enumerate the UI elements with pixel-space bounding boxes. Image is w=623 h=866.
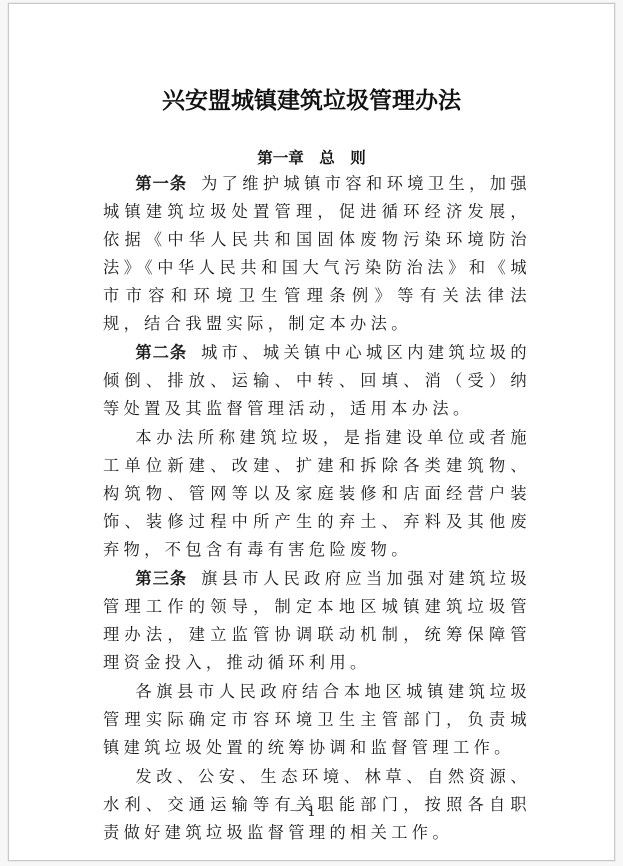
article-paragraph: 第二条城市、城关镇中心城区内建筑垃圾的倾倒、排放、运输、中转、回填、消（受）纳等… xyxy=(103,339,531,423)
article-number: 第三条 xyxy=(135,569,187,588)
body-paragraph: 各旗县市人民政府结合本地区城镇建筑垃圾管理实际确定市容环境卫生主管部门，负责城镇… xyxy=(103,678,531,762)
document-body: 第一条为了维护城镇市容和环境卫生，加强城镇建筑垃圾处置管理，促进循环经济发展，依… xyxy=(103,170,531,848)
chapter-heading: 第一章 总 则 xyxy=(9,146,614,168)
document-title: 兴安盟城镇建筑垃圾管理办法 xyxy=(9,82,614,115)
article-number: 第二条 xyxy=(135,343,187,362)
document-page: 兴安盟城镇建筑垃圾管理办法 第一章 总 则 第一条为了维护城镇市容和环境卫生，加… xyxy=(8,3,615,861)
article-number: 第一条 xyxy=(135,174,187,193)
article-paragraph: 第一条为了维护城镇市容和环境卫生，加强城镇建筑垃圾处置管理，促进循环经济发展，依… xyxy=(103,170,531,338)
body-paragraph: 本办法所称建筑垃圾，是指建设单位或者施工单位新建、改建、扩建和拆除各类建筑物、构… xyxy=(103,424,531,564)
page-number: － 1 － xyxy=(9,801,614,821)
article-paragraph: 第三条旗县市人民政府应当加强对建筑垃圾管理工作的领导，制定本地区城镇建筑垃圾管理… xyxy=(103,565,531,677)
paragraph-text: 为了维护城镇市容和环境卫生，加强城镇建筑垃圾处置管理，促进循环经济发展，依据《中… xyxy=(103,174,531,333)
paragraph-text: 各旗县市人民政府结合本地区城镇建筑垃圾管理实际确定市容环境卫生主管部门，负责城镇… xyxy=(103,682,531,757)
paragraph-text: 本办法所称建筑垃圾，是指建设单位或者施工单位新建、改建、扩建和拆除各类建筑物、构… xyxy=(103,428,531,559)
